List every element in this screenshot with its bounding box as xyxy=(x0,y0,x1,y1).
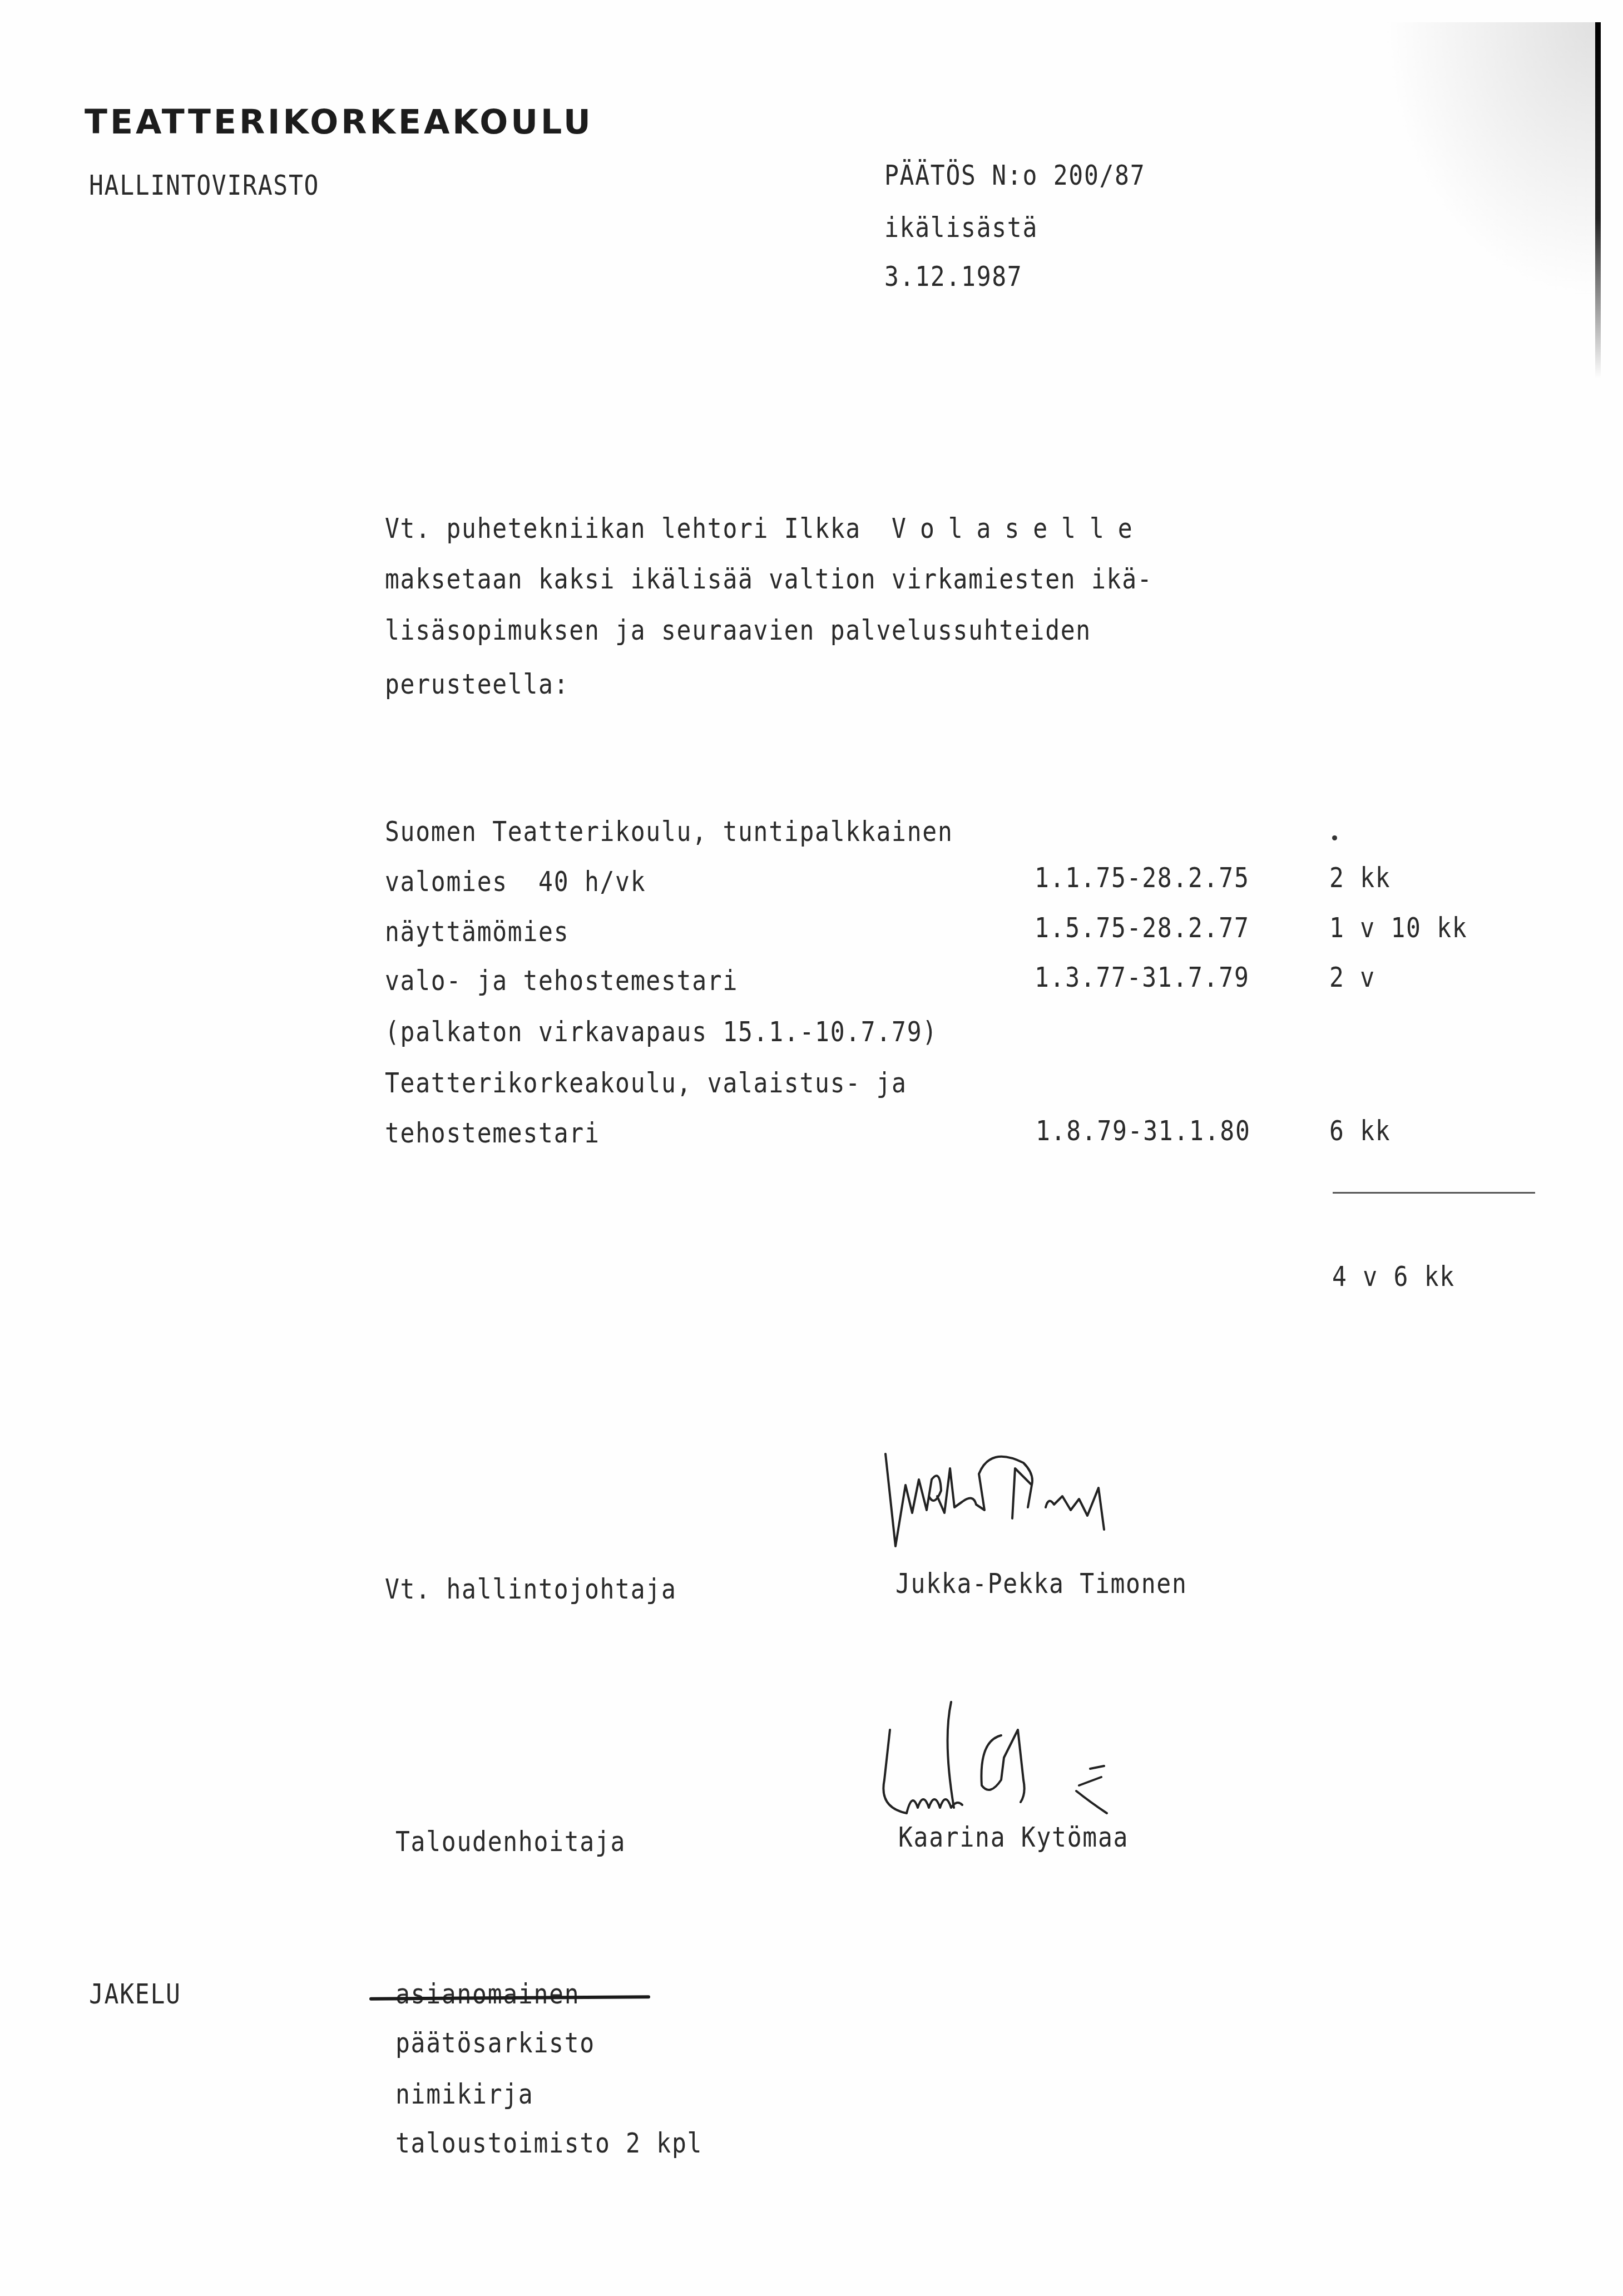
distribution-label: JAKELU xyxy=(89,1980,181,2008)
service-description: valo- ja tehostemestari xyxy=(385,967,738,994)
signer-title: Vt. hallintojohtaja xyxy=(385,1575,677,1603)
service-description: tehostemestari xyxy=(385,1119,600,1147)
signature-kytomaa xyxy=(857,1696,1357,1830)
service-description: valomies 40 h/vk xyxy=(385,868,646,895)
distribution-recipient: asianomainen xyxy=(395,1980,580,2008)
scan-shadow xyxy=(1384,22,1595,300)
body-line-4: perusteella: xyxy=(385,670,569,698)
decision-subject: ikälisästä xyxy=(884,214,1038,241)
service-note: (palkaton virkavapaus 15.1.-10.7.79) xyxy=(385,1018,938,1046)
service-description: näyttämömies xyxy=(385,918,569,946)
organization-name: TEATTERIKORKEAKOULU xyxy=(85,106,593,139)
department-name: HALLINTOVIRASTO xyxy=(89,171,319,199)
service-total: 4 v 6 kk xyxy=(1332,1263,1455,1290)
signer-name: Kaarina Kytömaa xyxy=(898,1823,1129,1851)
service-description: Suomen Teatterikoulu, tuntipalkkainen xyxy=(385,818,953,845)
distribution-recipient: taloustoimisto 2 kpl xyxy=(395,2129,702,2157)
distribution-recipient: nimikirja xyxy=(395,2080,533,2108)
distribution-recipient: päätösarkisto xyxy=(395,2029,595,2057)
service-duration: 1 v 10 kk xyxy=(1329,914,1467,942)
service-period: 1.3.77-31.7.79 xyxy=(1035,963,1250,991)
service-duration: 6 kk xyxy=(1329,1117,1391,1145)
body-line-3: lisäsopimuksen ja seuraavien palvelussuh… xyxy=(385,616,1091,644)
stray-dot xyxy=(1332,835,1337,840)
document-page: TEATTERIKORKEAKOULU HALLINTOVIRASTO PÄÄT… xyxy=(0,0,1623,2296)
service-description: Teatterikorkeakoulu, valaistus- ja xyxy=(385,1069,907,1097)
signature-timonen xyxy=(879,1446,1324,1574)
signer-title: Taloudenhoitaja xyxy=(395,1828,626,1855)
scan-edge xyxy=(1595,22,1601,378)
service-period: 1.5.75-28.2.77 xyxy=(1035,914,1250,942)
service-duration: 2 v xyxy=(1329,963,1375,991)
body-line-1-prefix: Vt. puhetekniikan lehtori Ilkka xyxy=(385,512,861,545)
body-line-2: maksetaan kaksi ikälisää valtion virkami… xyxy=(385,565,1152,593)
decision-number: PÄÄTÖS N:o 200/87 xyxy=(884,161,1145,189)
service-duration: 2 kk xyxy=(1329,864,1391,892)
recipient-name: Volaselle xyxy=(892,512,1146,545)
signer-name: Jukka-Pekka Timonen xyxy=(895,1570,1187,1597)
sum-rule xyxy=(1333,1192,1535,1194)
service-period: 1.1.75-28.2.75 xyxy=(1035,864,1250,892)
decision-date: 3.12.1987 xyxy=(884,263,1022,290)
service-period: 1.8.79-31.1.80 xyxy=(1036,1117,1251,1145)
body-line-1: Vt. puhetekniikan lehtori Ilkka Volasell… xyxy=(385,514,1146,542)
